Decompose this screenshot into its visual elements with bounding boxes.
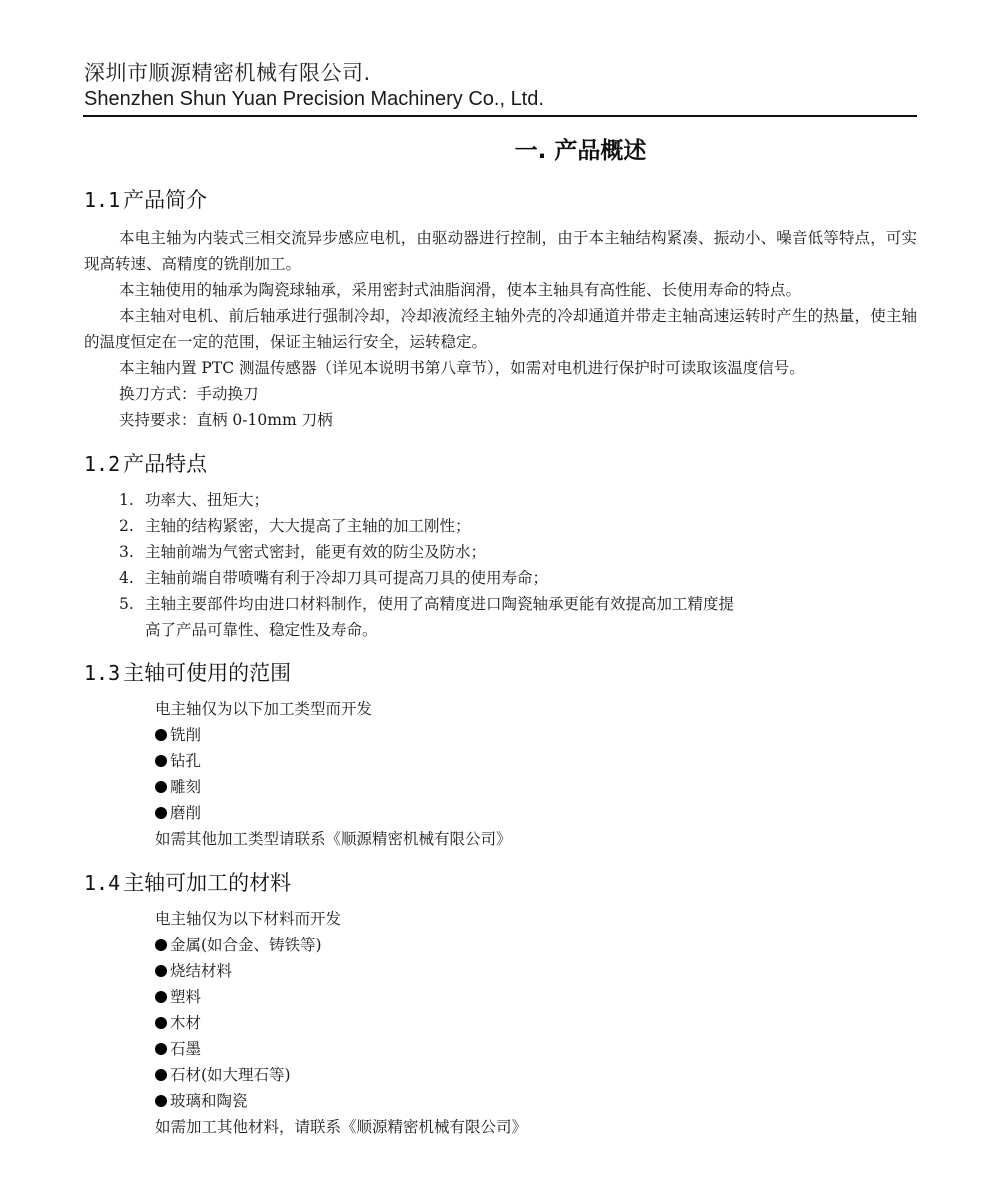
usage-bullet-item: 铣削 [155,722,201,748]
feature-list-item: 5.主轴主要部件均由进口材料制作，使用了高精度进口陶瓷轴承更能有效提高加工精度提 [119,591,734,617]
paragraph-bearing: 本主轴使用的轴承为陶瓷球轴承，采用密封式油脂润滑，使本主轴具有高性能、长使用寿命… [84,277,917,303]
bullet-icon [155,939,167,951]
section-heading-1-2: 1.2产品特点 [84,448,207,478]
section-heading-1-3: 1.3主轴可使用的范围 [84,657,291,687]
tool-change-method: 换刀方式：手动换刀 [119,381,259,407]
chapter-title: 一. 产品概述 [84,132,917,165]
feature-list-item: 2.主轴的结构紧密，大大提高了主轴的加工刚性； [119,513,471,539]
section-title: 产品特点 [123,452,207,476]
material-bullet-item: 烧结材料 [155,958,232,984]
material-bullet-item: 石材(如大理石等) [155,1062,291,1088]
section-title: 产品简介 [123,188,207,212]
section-number: 1.1 [84,188,120,212]
usage-intro: 电主轴仅为以下加工类型而开发 [155,696,372,722]
bullet-icon [155,1017,167,1029]
paragraph-ptc-sensor: 本主轴内置 PTC 测温传感器（详见本说明书第八章节），如需对电机进行保护时可读… [84,355,917,381]
section-number: 1.3 [84,661,120,685]
feature-list-item: 1.功率大、扭矩大； [119,487,269,513]
feature-list-item: 4.主轴前端自带喷嘴有利于冷却刀具可提高刀具的使用寿命； [119,565,548,591]
clamping-requirement: 夹持要求：直柄 0-10mm 刀柄 [119,407,333,433]
bullet-icon [155,965,167,977]
feature-list-item: 3.主轴前端为气密式密封，能更有效的防尘及防水； [119,539,486,565]
material-bullet-item: 石墨 [155,1036,201,1062]
bullet-icon [155,991,167,1003]
bullet-icon [155,729,167,741]
material-bullet-item: 塑料 [155,984,201,1010]
section-heading-1-4: 1.4主轴可加工的材料 [84,867,291,897]
company-name-chinese: 深圳市顺源精密机械有限公司. [84,57,371,87]
paragraph-intro: 本电主轴为内装式三相交流异步感应电机，由驱动器进行控制，由于本主轴结构紧凑、振动… [84,225,917,277]
bullet-icon [155,807,167,819]
feature-list-item-continuation: 高了产品可靠性、稳定性及寿命。 [145,617,378,643]
usage-bullet-item: 雕刻 [155,774,201,800]
section-title: 主轴可加工的材料 [123,871,291,895]
bullet-icon [155,1043,167,1055]
bullet-icon [155,1095,167,1107]
usage-bullet-item: 钻孔 [155,748,201,774]
section-heading-1-1: 1.1产品简介 [84,184,207,214]
bullet-icon [155,755,167,767]
usage-contact-note: 如需其他加工类型请联系《顺源精密机械有限公司》 [155,826,512,852]
section-number: 1.4 [84,871,120,895]
section-number: 1.2 [84,452,120,476]
materials-intro: 电主轴仅为以下材料而开发 [155,906,341,932]
usage-bullet-item: 磨削 [155,800,201,826]
bullet-icon [155,781,167,793]
material-bullet-item: 木材 [155,1010,201,1036]
company-name-english: Shenzhen Shun Yuan Precision Machinery C… [84,88,544,111]
material-bullet-item: 玻璃和陶瓷 [155,1088,248,1114]
paragraph-cooling: 本主轴对电机、前后轴承进行强制冷却，冷却液流经主轴外壳的冷却通道并带走主轴高速运… [84,303,917,355]
header-divider [83,115,917,117]
materials-contact-note: 如需加工其他材料，请联系《顺源精密机械有限公司》 [155,1114,527,1140]
section-title: 主轴可使用的范围 [123,661,291,685]
bullet-icon [155,1069,167,1081]
material-bullet-item: 金属(如合金、铸铁等) [155,932,322,958]
